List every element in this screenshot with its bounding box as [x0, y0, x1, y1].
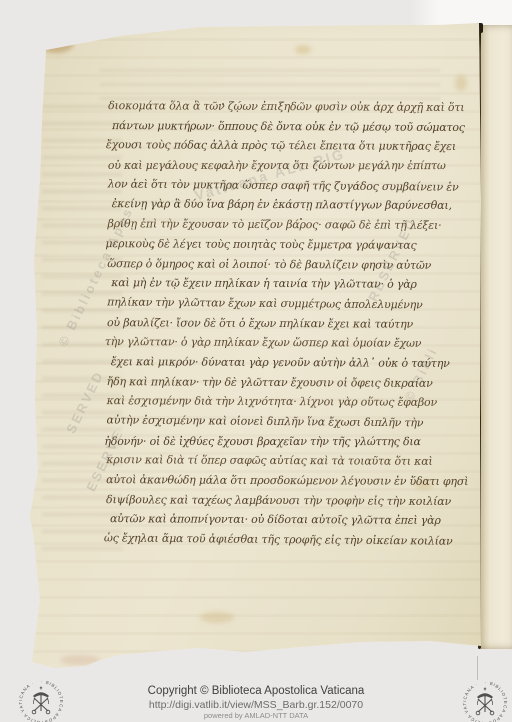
copyright-text: Copyright © Biblioteca Apostolica Vatica…	[0, 685, 512, 697]
manuscript-line: ἔχει καὶ μικρόν· δύναται γὰρ γενοῦν αὐτὴ…	[111, 352, 445, 373]
foxing-spot	[60, 655, 100, 665]
manuscript-line: οὐ βαυλίζει· ἴσον δὲ ὅτι ὁ ἔχων πηλίκαν …	[107, 313, 445, 334]
manuscript-line: ἔχουσι τοὺς πόδας ἀλλὰ πρὸς τῷ τέλει ἔπε…	[106, 135, 446, 156]
manuscript-line: τὴν γλῶτταν· ὁ γὰρ πηλίκαν ἔχων ὥσπερ κα…	[105, 332, 445, 353]
vatican-library-stamp-icon: · BIBLIOTECA APOSTOLICA VATICANA ·	[19, 680, 63, 722]
vatican-keys-emblem-icon	[476, 688, 494, 715]
manuscript-line: πάντων μυκτήρων· ὅππους δὲ ὄντα οὐκ ἐν τ…	[112, 116, 446, 137]
manuscript-line: βρίθῃ ἐπὶ τὴν ἔχουσαν τὸ μεῖζον βάρος· σ…	[107, 214, 445, 235]
foxing-spot	[455, 75, 467, 91]
gutter-tail-line	[477, 656, 478, 680]
manuscript-line: ἤδη καὶ πηλίκαν· τὴν δὲ γλῶτταν ἔχουσιν …	[107, 372, 445, 393]
powered-by-text: powered by AMLAD-NTT DATA	[0, 711, 512, 720]
manuscript-line: διοκομάτα ὅλα ἃ τῶν ζῴων ἐπιξηδῶν φυσὶν …	[108, 96, 446, 117]
foxing-spot	[200, 612, 234, 623]
manuscript-line: αὐτὴν ἐσχισμένην καὶ οἱονεὶ διπλῆν ἵνα ἔ…	[106, 410, 444, 433]
manuscript-line: καὶ ἐσχισμένην διὰ τὴν λιχνότητα· λίχνοι…	[107, 391, 445, 412]
corner-stain	[38, 33, 74, 53]
vatican-library-stamp-icon: · BIBLIOTECA APOSTOLICA VATICANA ·	[463, 681, 507, 722]
manuscript-line: ὡς ἔχηλαι ἅμα τοῦ ἀφιέσθαι τῆς τροφῆς εἰ…	[104, 528, 444, 551]
adjacent-page-edge	[481, 25, 512, 649]
manuscript-line: διψίβουλες καὶ ταχέως λαμβάνουσι τὴν τρο…	[106, 490, 444, 511]
manuscript-line: αὐτοὶ ἀκανθώδη μάλα ὅτι προσδοκώμενον λέ…	[106, 470, 444, 491]
manuscript-line: ἐκείνῃ γὰρ ἃ δύο ἵνα βάρη ἐν ἑκάστῃ πλασ…	[112, 195, 446, 216]
manuscript-line: καὶ μὴ ἐν τῷ ἔχειν πηλίκαν ἡ ταινία τὴν …	[111, 273, 445, 294]
foxing-spot	[295, 45, 311, 54]
manuscript-line: κρισιν καὶ διὰ τί ὅπερ σαφῶς αὐτίας καὶ …	[106, 450, 444, 471]
scan-viewport: διοκομάτα ὅλα ἃ τῶν ζῴων ἐπιξηδῶν φυσὶν …	[0, 0, 512, 722]
verso-showthrough-top	[100, 60, 440, 100]
manuscript-page: διοκομάτα ὅλα ἃ τῶν ζῴων ἐπιξηδῶν φυσὶν …	[0, 0, 512, 722]
manuscript-line: ἡδονήν· οἱ δὲ ἰχθύες ἔχουσι βραχεῖαν τὴν…	[104, 432, 444, 452]
manuscript-line: πηλίκαν τὴν γλῶτταν ἔχων καὶ συμμέτρως ἀ…	[107, 292, 445, 315]
vatican-keys-emblem-icon	[32, 687, 50, 714]
manuscript-line: αὐτῶν καὶ ἀποπνίγονται· οὐ δίδοται αὐτοῖ…	[110, 510, 444, 531]
source-url: http://digi.vatlib.it/view/MSS_Barb.gr.1…	[0, 699, 512, 711]
backdrop-white-corner	[410, 0, 512, 27]
